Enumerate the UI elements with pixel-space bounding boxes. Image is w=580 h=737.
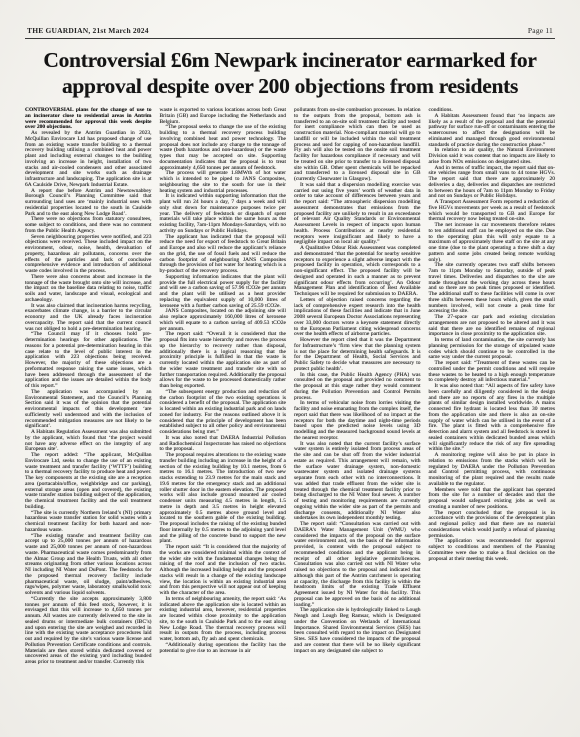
article-paragraph: The report said: “Consultation was carri…	[294, 522, 421, 608]
article-paragraph: It was said that a dispersion modelling …	[294, 183, 421, 246]
page-header: THE GUARDIAN, 21st March 2024 Page 11	[25, 26, 555, 39]
article-paragraph: There were also concerns about and incre…	[25, 275, 152, 304]
article-paragraph: waste is exported to various locations a…	[160, 108, 287, 125]
article-paragraph: There were no objections from statutory …	[25, 217, 152, 234]
article-paragraph: “The site is currently Northern Ireland’…	[25, 511, 152, 534]
article-paragraph: Seven neighbouring properties were notif…	[25, 235, 152, 275]
headline-line-1: Controversial £6m Newpark incinerator ea…	[25, 48, 555, 74]
article-paragraph: “The proposal seeks to change the use of…	[160, 125, 287, 171]
article-paragraph: The 27-space car park and existing circu…	[429, 315, 556, 338]
article-paragraph: Members were told that the applicant has…	[429, 488, 556, 511]
article-paragraph: It was also noted that DAERA Industrial …	[160, 436, 287, 453]
article-body: CONTROVERSIAL plans for the change of us…	[25, 108, 555, 666]
headline-line-2: approval despite over 200 objections fro…	[25, 74, 555, 100]
article-paragraph: The applicant has indicated that the pro…	[160, 235, 287, 275]
article-paragraph: The report said: “It is considered that …	[160, 545, 287, 597]
article-paragraph: JANS Composites, located on the adjoinin…	[160, 309, 287, 332]
article-paragraph: A report due before Antrim and Newtownab…	[25, 189, 152, 218]
article-paragraph: The net increase in car movements theref…	[429, 223, 556, 263]
article-paragraph: The report said: “Overall it is consider…	[160, 332, 287, 390]
article-headline: Controversial £6m Newpark incinerator ea…	[25, 48, 555, 99]
article-paragraph: The application was recommended for appr…	[429, 539, 556, 562]
article-paragraph: Letters of objection raised concerns reg…	[294, 298, 421, 338]
article-paragraph: In this case, the Public Health Agency (…	[294, 373, 421, 402]
article-column-2: waste is exported to various locations a…	[160, 108, 287, 666]
article-paragraph: In terms of vehicular noise from lorries…	[294, 401, 421, 441]
article-paragraph: A Transport Assessment Form reported a r…	[429, 200, 556, 223]
page-number: Page 11	[528, 26, 553, 35]
publication-name-date: THE GUARDIAN, 21st March 2024	[27, 26, 149, 35]
article-paragraph: It was also claimed that incineration ha…	[25, 304, 152, 333]
article-paragraph: “The existing transfer and treatment fac…	[25, 534, 152, 597]
article-paragraph: And in terms of traffic impact, the repo…	[429, 166, 556, 201]
article-paragraph: The process will generate 1.8MWth of hot…	[160, 171, 287, 194]
article-paragraph: The proposal requires alterations to the…	[160, 453, 287, 545]
article-paragraph: In relation to air quality, the Natural …	[429, 148, 556, 165]
article-paragraph: It was also noted that: “All aspects of …	[429, 384, 556, 453]
article-paragraph: “Additionally during operations the faci…	[160, 643, 287, 655]
article-paragraph: However the report cited that it was the…	[294, 338, 421, 373]
article-paragraph: The report added: “The applicant, McQuil…	[25, 453, 152, 511]
article-paragraph: A Habitats Regulation Assessment was als…	[25, 430, 152, 453]
article-paragraph: The report said: “Treatment of these was…	[429, 361, 556, 384]
article-paragraph: “Currently the site accepts approximatel…	[25, 597, 152, 666]
article-paragraph: The application site is hydrologically l…	[294, 608, 421, 654]
article-paragraph: A Qualitative Odour Risk Assessment was …	[294, 246, 421, 298]
article-paragraph: “The Council may if it chooses hold pre-…	[25, 332, 152, 390]
article-paragraph: A monitoring regime will also be put in …	[429, 453, 556, 488]
article-paragraph: The application was accompanied by an En…	[25, 390, 152, 430]
article-paragraph: It was also noted that the current facil…	[294, 442, 421, 523]
article-paragraph: As revealed by the Antrim Guardian in 20…	[25, 131, 152, 189]
article-paragraph: “The subsequent energy production and re…	[160, 390, 287, 436]
article-paragraph: pollutants from on-site combustion proce…	[294, 108, 421, 183]
article-paragraph: It is indicated within supporting inform…	[160, 194, 287, 234]
article-column-4: conditions.A Habitats Assessment found t…	[429, 108, 556, 666]
article-column-1: CONTROVERSIAL plans for the change of us…	[25, 108, 152, 666]
article-paragraph: CONTROVERSIAL plans for the change of us…	[25, 108, 152, 131]
article-column-3: pollutants from on-site combustion proce…	[294, 108, 421, 666]
article-paragraph: A Habitats Assessment found that ‘no imp…	[429, 114, 556, 149]
newspaper-page: THE GUARDIAN, 21st March 2024 Page 11 Co…	[0, 0, 580, 737]
article-paragraph: The report concluded that the proposal i…	[429, 511, 556, 540]
article-paragraph: Supporting information indicates that th…	[160, 275, 287, 310]
article-paragraph: The site currently operates two staff sh…	[429, 263, 556, 315]
article-paragraph: In terms of neighbouring amenity, the re…	[160, 597, 287, 643]
article-paragraph: In terms of land contamination, the site…	[429, 338, 556, 361]
